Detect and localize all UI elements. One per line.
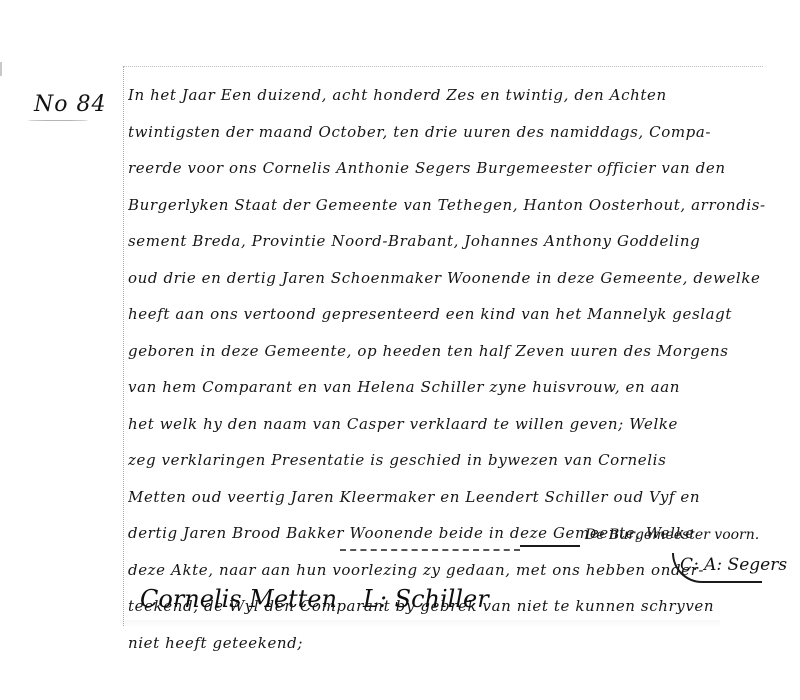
record-line-text: het welk hy den naam van Casper verklaar… xyxy=(128,415,678,433)
record-line: niet heeft geteekend; xyxy=(128,634,793,671)
record-line-text: zeg verklaringen Presentatie is geschied… xyxy=(128,451,666,469)
record-number-underline xyxy=(28,120,88,121)
record-line-text: niet heeft geteekend; xyxy=(128,634,303,652)
witness-signatures: Cornelis Metten L: Schiller xyxy=(140,585,489,613)
record-line-text: Metten oud veertig Jaren Kleermaker en L… xyxy=(128,488,700,506)
witness-signature: Cornelis Metten xyxy=(140,585,337,613)
official-title: De Burgemeester voorn. xyxy=(585,527,759,543)
record-line-text: geboren in deze Gemeente, op heeden ten … xyxy=(128,342,729,360)
record-line: „reerde voor ons Cornelis Anthonie Seger… xyxy=(128,159,793,196)
line-fill-dashes xyxy=(340,549,520,551)
record-line: „zeg verklaringen Presentatie is geschie… xyxy=(128,451,793,488)
record-line: het welk hy den naam van Casper verklaar… xyxy=(128,415,793,452)
document-page: No 84 In het Jaar Een duizend, acht hond… xyxy=(0,0,800,700)
record-line-text: sement Breda, Provintie Noord-Brabant, J… xyxy=(128,232,700,250)
record-line: twintigsten der maand October, ten drie … xyxy=(128,123,793,160)
record-line-text: deze Akte, naar aan hun voorlezing zy ge… xyxy=(128,561,704,579)
scan-edge-mark xyxy=(0,62,2,76)
record-line-text: heeft aan ons vertoond gepresenteerd een… xyxy=(128,305,732,323)
record-number: No 84 xyxy=(34,92,106,117)
witness-signature: L: Schiller xyxy=(363,585,489,613)
record-line: oud drie en dertig Jaren Schoenmaker Woo… xyxy=(128,269,793,306)
record-line-text: oud drie en dertig Jaren Schoenmaker Woo… xyxy=(128,269,761,287)
record-line-text: Burgerlyken Staat der Gemeente van Tethe… xyxy=(128,196,766,214)
signature-lead-stroke xyxy=(520,545,580,547)
record-line-text: reerde voor ons Cornelis Anthonie Segers… xyxy=(128,159,726,177)
record-line: geboren in deze Gemeente, op heeden ten … xyxy=(128,342,793,379)
record-line-text: van hem Comparant en van Helena Schiller… xyxy=(128,378,680,396)
official-signature: C: A: Segers xyxy=(680,555,787,575)
scan-shadow xyxy=(120,620,720,628)
record-line: „van hem Comparant en van Helena Schille… xyxy=(128,378,793,415)
top-ruling-line xyxy=(123,66,763,67)
record-line-text: In het Jaar Een duizend, acht honderd Ze… xyxy=(128,86,667,104)
record-body: In het Jaar Een duizend, acht honderd Ze… xyxy=(128,86,793,670)
record-line: „sement Breda, Provintie Noord-Brabant, … xyxy=(128,232,793,269)
record-line-text: twintigsten der maand October, ten drie … xyxy=(128,123,711,141)
margin-ruling-line xyxy=(123,66,124,626)
record-line: Burgerlyken Staat der Gemeente van Tethe… xyxy=(128,196,793,233)
record-line: „Metten oud veertig Jaren Kleermaker en … xyxy=(128,488,793,525)
record-line: In het Jaar Een duizend, acht honderd Ze… xyxy=(128,86,793,123)
record-line: „heeft aan ons vertoond gepresenteerd ee… xyxy=(128,305,793,342)
